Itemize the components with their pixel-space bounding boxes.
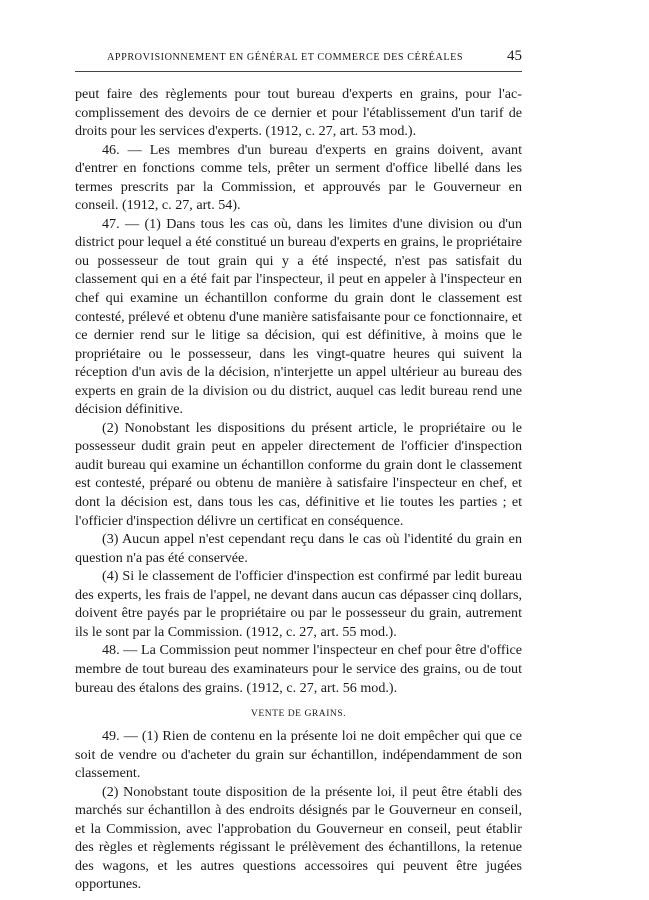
paragraph-continuation: peut faire des règlements pour tout bure… bbox=[75, 85, 522, 141]
paragraph-article-48: 48. — La Commission peut nommer l'inspec… bbox=[75, 641, 522, 697]
paragraph-article-47-4: (4) Si le classement de l'officier d'ins… bbox=[75, 567, 522, 641]
page-number: 45 bbox=[507, 48, 522, 65]
running-title: APPROVISIONNEMENT EN GÉNÉRAL ET COMMERCE… bbox=[107, 52, 463, 63]
document-page: APPROVISIONNEMENT EN GÉNÉRAL ET COMMERCE… bbox=[75, 48, 522, 894]
paragraph-article-47-3: (3) Aucun appel n'est cependant reçu dan… bbox=[75, 530, 522, 567]
paragraph-article-47-1: 47. — (1) Dans tous les cas où, dans les… bbox=[75, 215, 522, 419]
paragraph-article-46: 46. — Les membres d'un bureau d'experts … bbox=[75, 141, 522, 215]
paragraph-article-47-2: (2) Nonobstant les dispositions du prése… bbox=[75, 419, 522, 530]
paragraph-article-49-1: 49. — (1) Rien de contenu en la présente… bbox=[75, 727, 522, 783]
document-body: peut faire des règlements pour tout bure… bbox=[75, 85, 522, 894]
section-heading: VENTE DE GRAINS. bbox=[75, 708, 522, 719]
running-header: APPROVISIONNEMENT EN GÉNÉRAL ET COMMERCE… bbox=[75, 48, 522, 72]
paragraph-article-49-2: (2) Nonobstant toute disposition de la p… bbox=[75, 783, 522, 894]
